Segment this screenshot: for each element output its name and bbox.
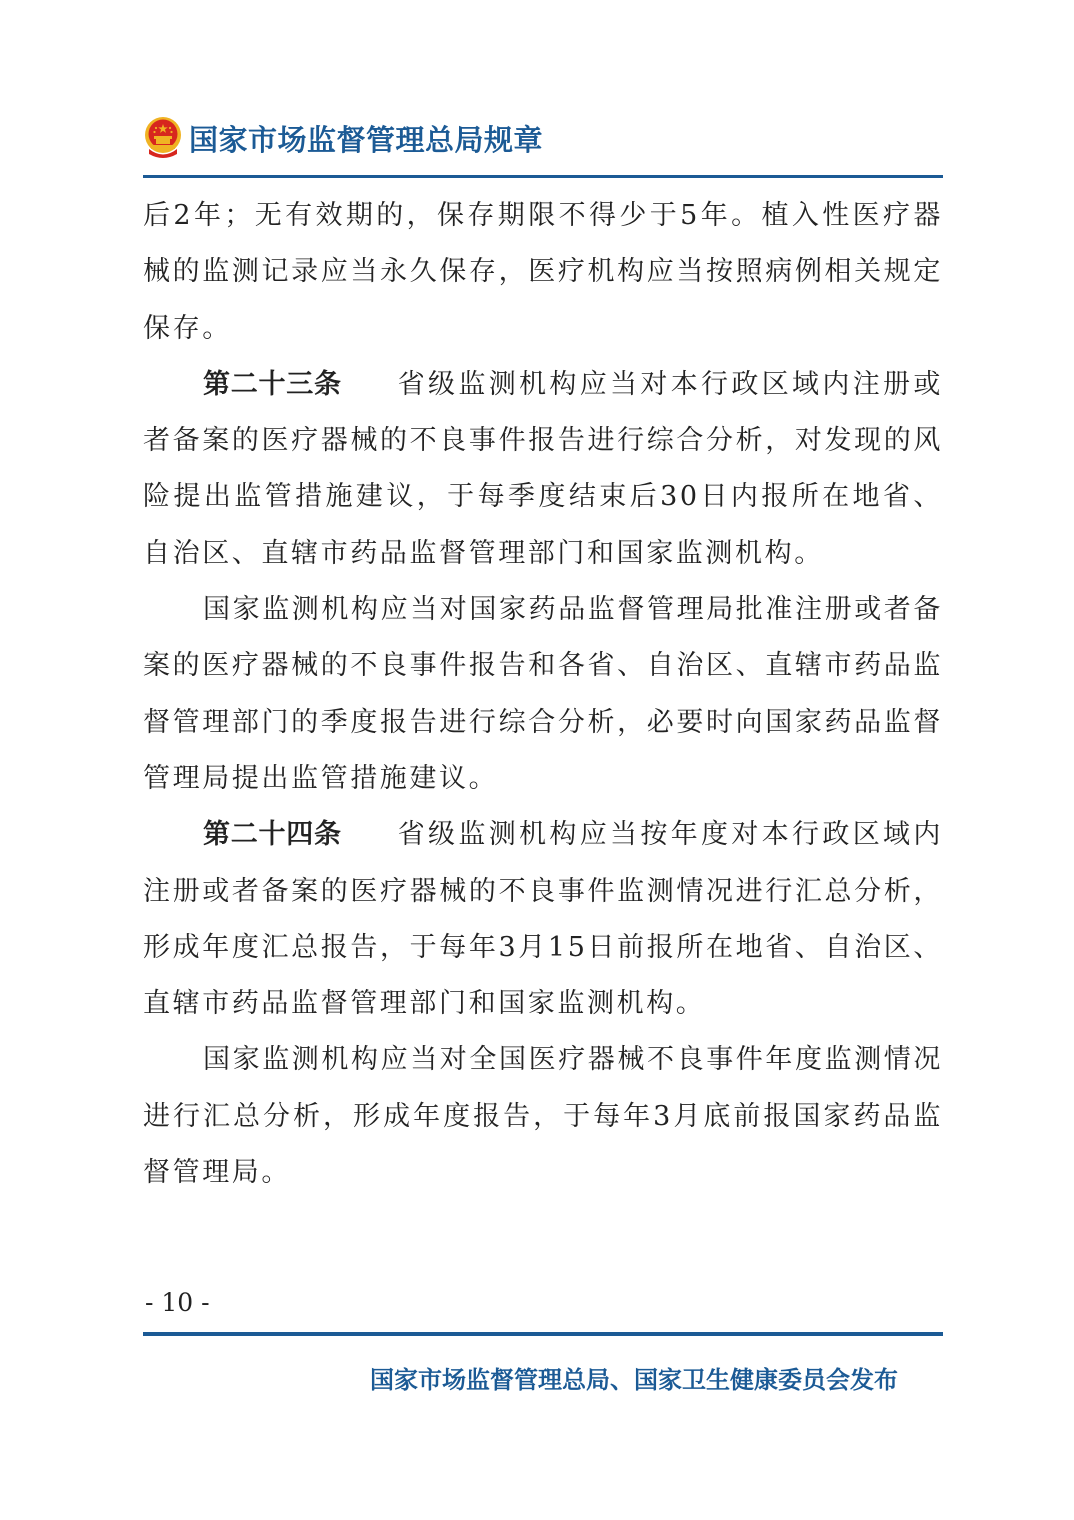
paragraph: 第二十三条省级监测机构应当对本行政区域内注册或者备案的医疗器械的不良事件报告进行…	[143, 357, 943, 582]
paragraph-text: 国家监测机构应当对全国医疗器械不良事件年度监测情况进行汇总分析，形成年度报告，于…	[143, 1044, 943, 1188]
footer-publisher: 国家市场监督管理总局、国家卫生健康委员会发布	[370, 1360, 898, 1395]
header-divider	[143, 175, 943, 178]
page-number: - 10 -	[145, 1288, 210, 1317]
paragraph: 国家监测机构应当对全国医疗器械不良事件年度监测情况进行汇总分析，形成年度报告，于…	[143, 1032, 943, 1201]
footer-divider	[143, 1332, 943, 1336]
document-page: 国家市场监督管理总局规章 后2年；无有效期的，保存期限不得少于5年。植入性医疗器…	[0, 0, 1074, 1520]
article-label: 第二十三条	[203, 369, 342, 400]
paragraph-text: 后2年；无有效期的，保存期限不得少于5年。植入性医疗器械的监测记录应当永久保存，…	[143, 200, 943, 344]
header-title: 国家市场监督管理总局规章	[189, 118, 543, 159]
document-body: 后2年；无有效期的，保存期限不得少于5年。植入性医疗器械的监测记录应当永久保存，…	[143, 188, 943, 1201]
article-label: 第二十四条	[203, 819, 342, 850]
paragraph: 后2年；无有效期的，保存期限不得少于5年。植入性医疗器械的监测记录应当永久保存，…	[143, 188, 943, 357]
national-emblem-icon	[143, 116, 183, 160]
paragraph: 国家监测机构应当对国家药品监督管理局批准注册或者备案的医疗器械的不良事件报告和各…	[143, 582, 943, 807]
paragraph-text: 国家监测机构应当对国家药品监督管理局批准注册或者备案的医疗器械的不良事件报告和各…	[143, 594, 943, 794]
paragraph: 第二十四条省级监测机构应当按年度对本行政区域内注册或者备案的医疗器械的不良事件监…	[143, 807, 943, 1032]
page-header: 国家市场监督管理总局规章	[143, 113, 543, 163]
